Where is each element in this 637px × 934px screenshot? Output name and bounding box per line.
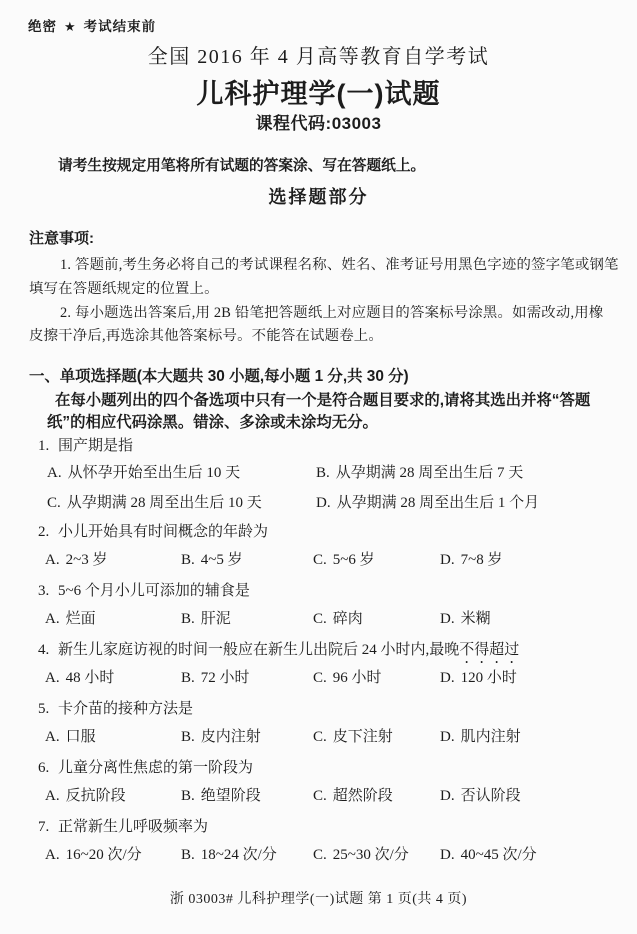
option-text: 从怀孕开始至出生后 10 天 — [68, 465, 241, 481]
option-text: 从孕期满 28 周至出生后 1 个月 — [337, 495, 540, 511]
option-label: C. — [47, 495, 61, 511]
note-line: 填写在答题纸规定的位置上。 — [29, 280, 219, 298]
answer-instruction: 请考生按规定用笔将所有试题的答案涂、写在答题纸上。 — [58, 157, 425, 175]
option-text: 18~24 次/分 — [201, 847, 277, 863]
option-label: D. — [316, 495, 331, 511]
option-D: D.肌内注射 — [440, 728, 521, 747]
option-label: A. — [45, 788, 60, 804]
paper-title: 儿科护理学(一)试题 — [0, 78, 637, 112]
section-subline: 在每小题列出的四个备选项中只有一个是符合题目要求的,请将其选出并将“答题 — [55, 391, 590, 410]
exam-session-title: 全国 2016 年 4 月高等教育自学考试 — [0, 45, 637, 70]
option-text: 否认阶段 — [461, 788, 521, 804]
question-number: 1. — [38, 437, 49, 456]
option-text: 72 小时 — [201, 670, 250, 686]
option-C: C.25~30 次/分 — [313, 846, 409, 865]
option-text: 碎肉 — [333, 611, 363, 627]
notes-title: 注意事项: — [29, 230, 94, 249]
question-line: 2.小儿开始具有时间概念的年龄为 — [0, 523, 637, 547]
option-text: 皮下注射 — [333, 729, 393, 745]
option-row: A.2~3 岁B.4~5 岁C.5~6 岁D.7~8 岁 — [0, 551, 637, 575]
option-label: D. — [440, 552, 455, 568]
option-label: A. — [45, 847, 60, 863]
option-A: A.反抗阶段 — [45, 787, 126, 806]
option-C: C.超然阶段 — [313, 787, 393, 806]
question-number: 4. — [38, 641, 49, 660]
option-label: A. — [45, 611, 60, 627]
option-label: D. — [440, 611, 455, 627]
option-A: A.2~3 岁 — [45, 551, 107, 570]
option-row: A.16~20 次/分B.18~24 次/分C.25~30 次/分D.40~45… — [0, 846, 637, 870]
option-B: B.从孕期满 28 周至出生后 7 天 — [316, 464, 523, 483]
question-text: 儿童分离性焦虑的第一阶段为 — [58, 759, 253, 778]
question-text: 围产期是指 — [58, 437, 133, 456]
option-text: 皮内注射 — [201, 729, 261, 745]
question-line: 7.正常新生儿呼吸频率为 — [0, 818, 637, 842]
option-B: B.皮内注射 — [181, 728, 261, 747]
option-A: A.从怀孕开始至出生后 10 天 — [47, 464, 240, 483]
option-D: D.否认阶段 — [440, 787, 521, 806]
option-text: 16~20 次/分 — [66, 847, 142, 863]
option-text: 烂面 — [66, 611, 96, 627]
question-line: 6.儿童分离性焦虑的第一阶段为 — [0, 759, 637, 783]
option-D: D.从孕期满 28 周至出生后 1 个月 — [316, 494, 539, 513]
option-label: A. — [45, 552, 60, 568]
question-line: 4.新生儿家庭访视的时间一般应在新生儿出院后 24 小时内,最晚不得超过 — [0, 641, 637, 665]
option-label: C. — [313, 611, 327, 627]
option-label: B. — [181, 729, 195, 745]
option-label: A. — [47, 465, 62, 481]
option-label: B. — [181, 847, 195, 863]
option-label: C. — [313, 788, 327, 804]
option-text: 绝望阶段 — [201, 788, 261, 804]
option-label: B. — [316, 465, 330, 481]
option-A: A.口服 — [45, 728, 96, 747]
exam-end-label: 考试结束前 — [84, 19, 157, 34]
option-B: B.4~5 岁 — [181, 551, 243, 570]
question-line: 1.围产期是指 — [0, 437, 637, 461]
option-text: 120 小时 — [461, 670, 517, 686]
option-label: B. — [181, 611, 195, 627]
question-text: 新生儿家庭访视的时间一般应在新生儿出院后 24 小时内,最晚不得超过 — [58, 641, 519, 667]
option-C: C.皮下注射 — [313, 728, 393, 747]
option-label: D. — [440, 670, 455, 686]
question-number: 2. — [38, 523, 49, 542]
option-text: 96 小时 — [333, 670, 382, 686]
option-label: D. — [440, 729, 455, 745]
option-D: D.120 小时 — [440, 669, 517, 688]
option-label: C. — [313, 670, 327, 686]
question-line: 5.卡介苗的接种方法是 — [0, 700, 637, 724]
option-label: D. — [440, 788, 455, 804]
question-number: 6. — [38, 759, 49, 778]
option-label: C. — [313, 552, 327, 568]
option-D: D.米糊 — [440, 610, 491, 629]
option-row: A.烂面B.肝泥C.碎肉D.米糊 — [0, 610, 637, 634]
option-text: 5~6 岁 — [333, 552, 375, 568]
option-A: A.48 小时 — [45, 669, 114, 688]
option-text: 肌内注射 — [461, 729, 521, 745]
option-D: D.40~45 次/分 — [440, 846, 537, 865]
question-line: 3.5~6 个月小儿可添加的辅食是 — [0, 582, 637, 606]
option-B: B.18~24 次/分 — [181, 846, 277, 865]
option-B: B.肝泥 — [181, 610, 231, 629]
option-B: B.绝望阶段 — [181, 787, 261, 806]
question-text-emphasis: 不得超过 — [459, 642, 519, 658]
option-text: 40~45 次/分 — [461, 847, 537, 863]
option-A: A.烂面 — [45, 610, 96, 629]
option-C: C.5~6 岁 — [313, 551, 375, 570]
option-label: B. — [181, 552, 195, 568]
option-text: 48 小时 — [66, 670, 115, 686]
option-row: A.从怀孕开始至出生后 10 天B.从孕期满 28 周至出生后 7 天 — [0, 464, 637, 488]
option-row: A.反抗阶段B.绝望阶段C.超然阶段D.否认阶段 — [0, 787, 637, 811]
option-label: C. — [313, 847, 327, 863]
option-A: A.16~20 次/分 — [45, 846, 142, 865]
section-heading: 一、单项选择题(本大题共 30 小题,每小题 1 分,共 30 分) — [29, 367, 409, 386]
question-number: 7. — [38, 818, 49, 837]
question-text: 小儿开始具有时间概念的年龄为 — [58, 523, 268, 542]
option-text: 米糊 — [461, 611, 491, 627]
course-code: 课程代码:03003 — [0, 113, 637, 134]
exam-page: 绝密★考试结束前 全国 2016 年 4 月高等教育自学考试 儿科护理学(一)试… — [0, 0, 637, 934]
question-number: 5. — [38, 700, 49, 719]
option-label: C. — [313, 729, 327, 745]
option-D: D.7~8 岁 — [440, 551, 502, 570]
question-text: 正常新生儿呼吸频率为 — [58, 818, 208, 837]
option-text: 肝泥 — [201, 611, 231, 627]
option-text: 反抗阶段 — [66, 788, 126, 804]
secrecy-label: 绝密 — [28, 19, 57, 34]
option-text: 2~3 岁 — [66, 552, 108, 568]
note-line: 2. 每小题选出答案后,用 2B 铅笔把答题纸上对应题目的答案标号涂黑。如需改动… — [60, 304, 603, 322]
option-label: A. — [45, 670, 60, 686]
option-row: A.48 小时B.72 小时C.96 小时D.120 小时 — [0, 669, 637, 693]
question-text: 5~6 个月小儿可添加的辅食是 — [58, 582, 250, 601]
section-subline: 纸”的相应代码涂黑。错涂、多涂或未涂均无分。 — [47, 413, 378, 432]
option-text: 从孕期满 28 周至出生后 7 天 — [336, 465, 524, 481]
option-row: A.口服B.皮内注射C.皮下注射D.肌内注射 — [0, 728, 637, 752]
star-icon: ★ — [64, 19, 77, 34]
option-B: B.72 小时 — [181, 669, 250, 688]
option-C: C.96 小时 — [313, 669, 382, 688]
option-text: 7~8 岁 — [461, 552, 503, 568]
page-footer: 浙 03003# 儿科护理学(一)试题 第 1 页(共 4 页) — [0, 891, 637, 909]
question-text: 卡介苗的接种方法是 — [58, 700, 193, 719]
option-text: 4~5 岁 — [201, 552, 243, 568]
option-text: 超然阶段 — [333, 788, 393, 804]
option-text: 从孕期满 28 周至出生后 10 天 — [67, 495, 262, 511]
option-C: C.碎肉 — [313, 610, 363, 629]
option-label: D. — [440, 847, 455, 863]
part-title: 选择题部分 — [0, 186, 637, 209]
option-text: 25~30 次/分 — [333, 847, 409, 863]
option-row: C.从孕期满 28 周至出生后 10 天D.从孕期满 28 周至出生后 1 个月 — [0, 494, 637, 518]
option-text: 口服 — [66, 729, 96, 745]
secrecy-banner: 绝密★考试结束前 — [28, 19, 156, 36]
option-label: B. — [181, 670, 195, 686]
note-line: 皮擦干净后,再选涂其他答案标号。不能答在试题卷上。 — [29, 327, 383, 345]
option-label: A. — [45, 729, 60, 745]
question-number: 3. — [38, 582, 49, 601]
option-label: B. — [181, 788, 195, 804]
note-line: 1. 答题前,考生务必将自己的考试课程名称、姓名、准考证号用黑色字迹的签字笔或钢… — [60, 256, 619, 274]
option-C: C.从孕期满 28 周至出生后 10 天 — [47, 494, 262, 513]
